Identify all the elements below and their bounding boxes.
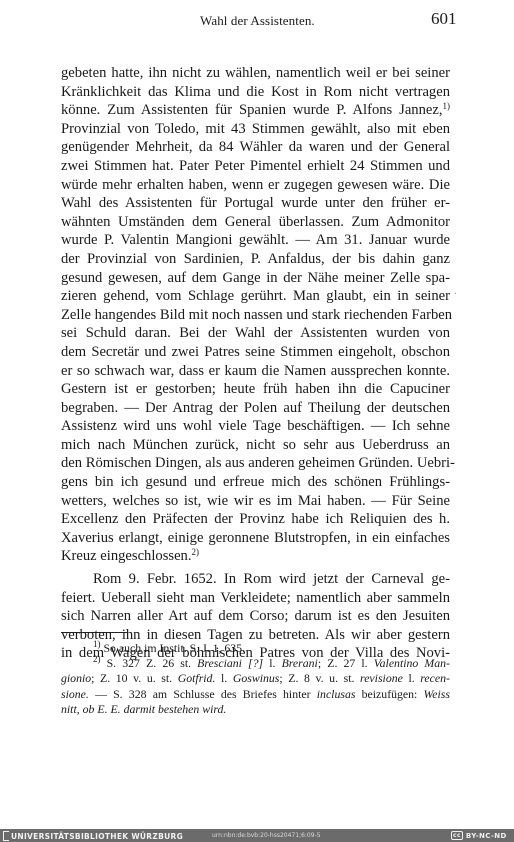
body-line: wähnten Umständen dem General überlassen…	[61, 213, 450, 232]
body-line: Xaverius erlangt, einige geronnene Bluts…	[61, 529, 450, 548]
body-line: Provinzial von Toledo, mit 43 Stimmen ge…	[61, 120, 450, 139]
license-label: BY-NC-ND	[466, 832, 507, 840]
page-number: 601	[431, 9, 457, 29]
footnote-ref-1[interactable]: 1)	[443, 101, 451, 111]
body-line: Assistenz wird uns wohl viele Tage besch…	[61, 417, 450, 436]
footnote-marker-1: 1)	[93, 639, 101, 649]
body-line: gebeten hatte, ihn nicht zu wählen, name…	[61, 64, 450, 83]
body-line: sei Schuld daran. Bei der Wahl der Assis…	[61, 324, 450, 343]
body-line: zwei Stimmen hat. Pater Peter Pimentel e…	[61, 157, 450, 176]
body-line: würde mehr erhalten haben, wenn er zugeg…	[61, 176, 450, 195]
body-line: sich Narren aller Art auf dem Corso; dar…	[61, 607, 450, 626]
body-line: zieren gehend, vom Schlage gerührt. Man …	[61, 287, 450, 306]
body-line: Gestern ist er gestorben; heute früh hab…	[61, 380, 450, 399]
body-line: begraben. — Der Antrag der Polen auf The…	[61, 399, 450, 418]
body-line: könne. Zum Assistenten für Spanien wurde…	[61, 101, 450, 120]
footnote-divider	[61, 632, 128, 633]
body-line: wetters, welches so ist, wie wir es im M…	[61, 492, 450, 511]
body-line: der Provinzial von Sardinien, P. Anfaldu…	[61, 250, 450, 269]
creative-commons-icon: cc	[451, 831, 463, 840]
scan-artifact-mark: .	[454, 286, 457, 297]
body-line: Wahl des Assistenten für Portugal wurde …	[61, 194, 450, 213]
body-line: Excellenz den Präfecten der Provinz habe…	[61, 510, 450, 529]
library-logo-icon	[3, 831, 9, 841]
body-line: Rom 9. Febr. 1652. In Rom wird jetzt der…	[61, 570, 450, 589]
body-line: feiert. Ueberall sieht man Verkleidete; …	[61, 589, 450, 608]
body-text: gebeten hatte, ihn nicht zu wählen, name…	[61, 64, 450, 663]
library-name: UNIVERSITÄTSBIBLIOTHEK WÜRZBURG	[11, 832, 183, 841]
body-line: wurde P. Valentin Mangioni gewählt. — Am…	[61, 231, 450, 250]
footnote-ref-2[interactable]: 2)	[192, 547, 200, 557]
footnote-1: 1) So auch im Instit. S. J. 1, 635.	[61, 641, 450, 656]
urn-link[interactable]: urn:nbn:de:bvb:20-hss20471;6:09-5	[212, 832, 321, 839]
body-line: den Römischen Dingen, als aus anderen ge…	[61, 454, 450, 473]
body-line: er so schwach war, dass er kaum die Name…	[61, 362, 450, 381]
footer-bar: UNIVERSITÄTSBIBLIOTHEK WÜRZBURG urn:nbn:…	[0, 829, 514, 842]
running-head: Wahl der Assistenten.	[200, 13, 315, 29]
footnote-2-line: gionio; Z. 10 v. u. st. Gotfrid. l. Gosw…	[61, 671, 450, 686]
footnote-2-line: 2) S. 327 Z. 26 st. Bresciani [?] l. Bre…	[61, 656, 450, 671]
body-line: mich nach München zurück, nicht so sehr …	[61, 436, 450, 455]
body-line: Kränklichkeit das Klima und die Kost in …	[61, 83, 450, 102]
body-line: Kreuz eingeschlossen.2)	[61, 547, 450, 566]
footnote-2-line: nitt, ob E. E. darmit bestehen wird.	[61, 702, 450, 717]
footnote-marker-2: 2)	[93, 654, 101, 664]
body-line: genügender Mehrheit, da 84 Wähler da war…	[61, 138, 450, 157]
footnotes: 1) So auch im Instit. S. J. 1, 635. 2) S…	[61, 641, 450, 717]
library-logo[interactable]: UNIVERSITÄTSBIBLIOTHEK WÜRZBURG	[3, 831, 183, 841]
body-line: Zelle hangendes Bild mit noch nassen und…	[61, 306, 450, 325]
body-line: dem Secretär und zwei Patres seine Stimm…	[61, 343, 450, 362]
license-badge[interactable]: cc BY-NC-ND	[451, 831, 507, 840]
footnote-2-line: sione. — S. 328 am Schlusse des Briefes …	[61, 687, 450, 702]
scanned-page: Wahl der Assistenten. 601 gebeten hatte,…	[0, 0, 514, 829]
body-line: gens bin ich gesund und erfreue mich des…	[61, 473, 450, 492]
body-line: gesund gewesen, auf dem Gange in der Näh…	[61, 269, 450, 288]
